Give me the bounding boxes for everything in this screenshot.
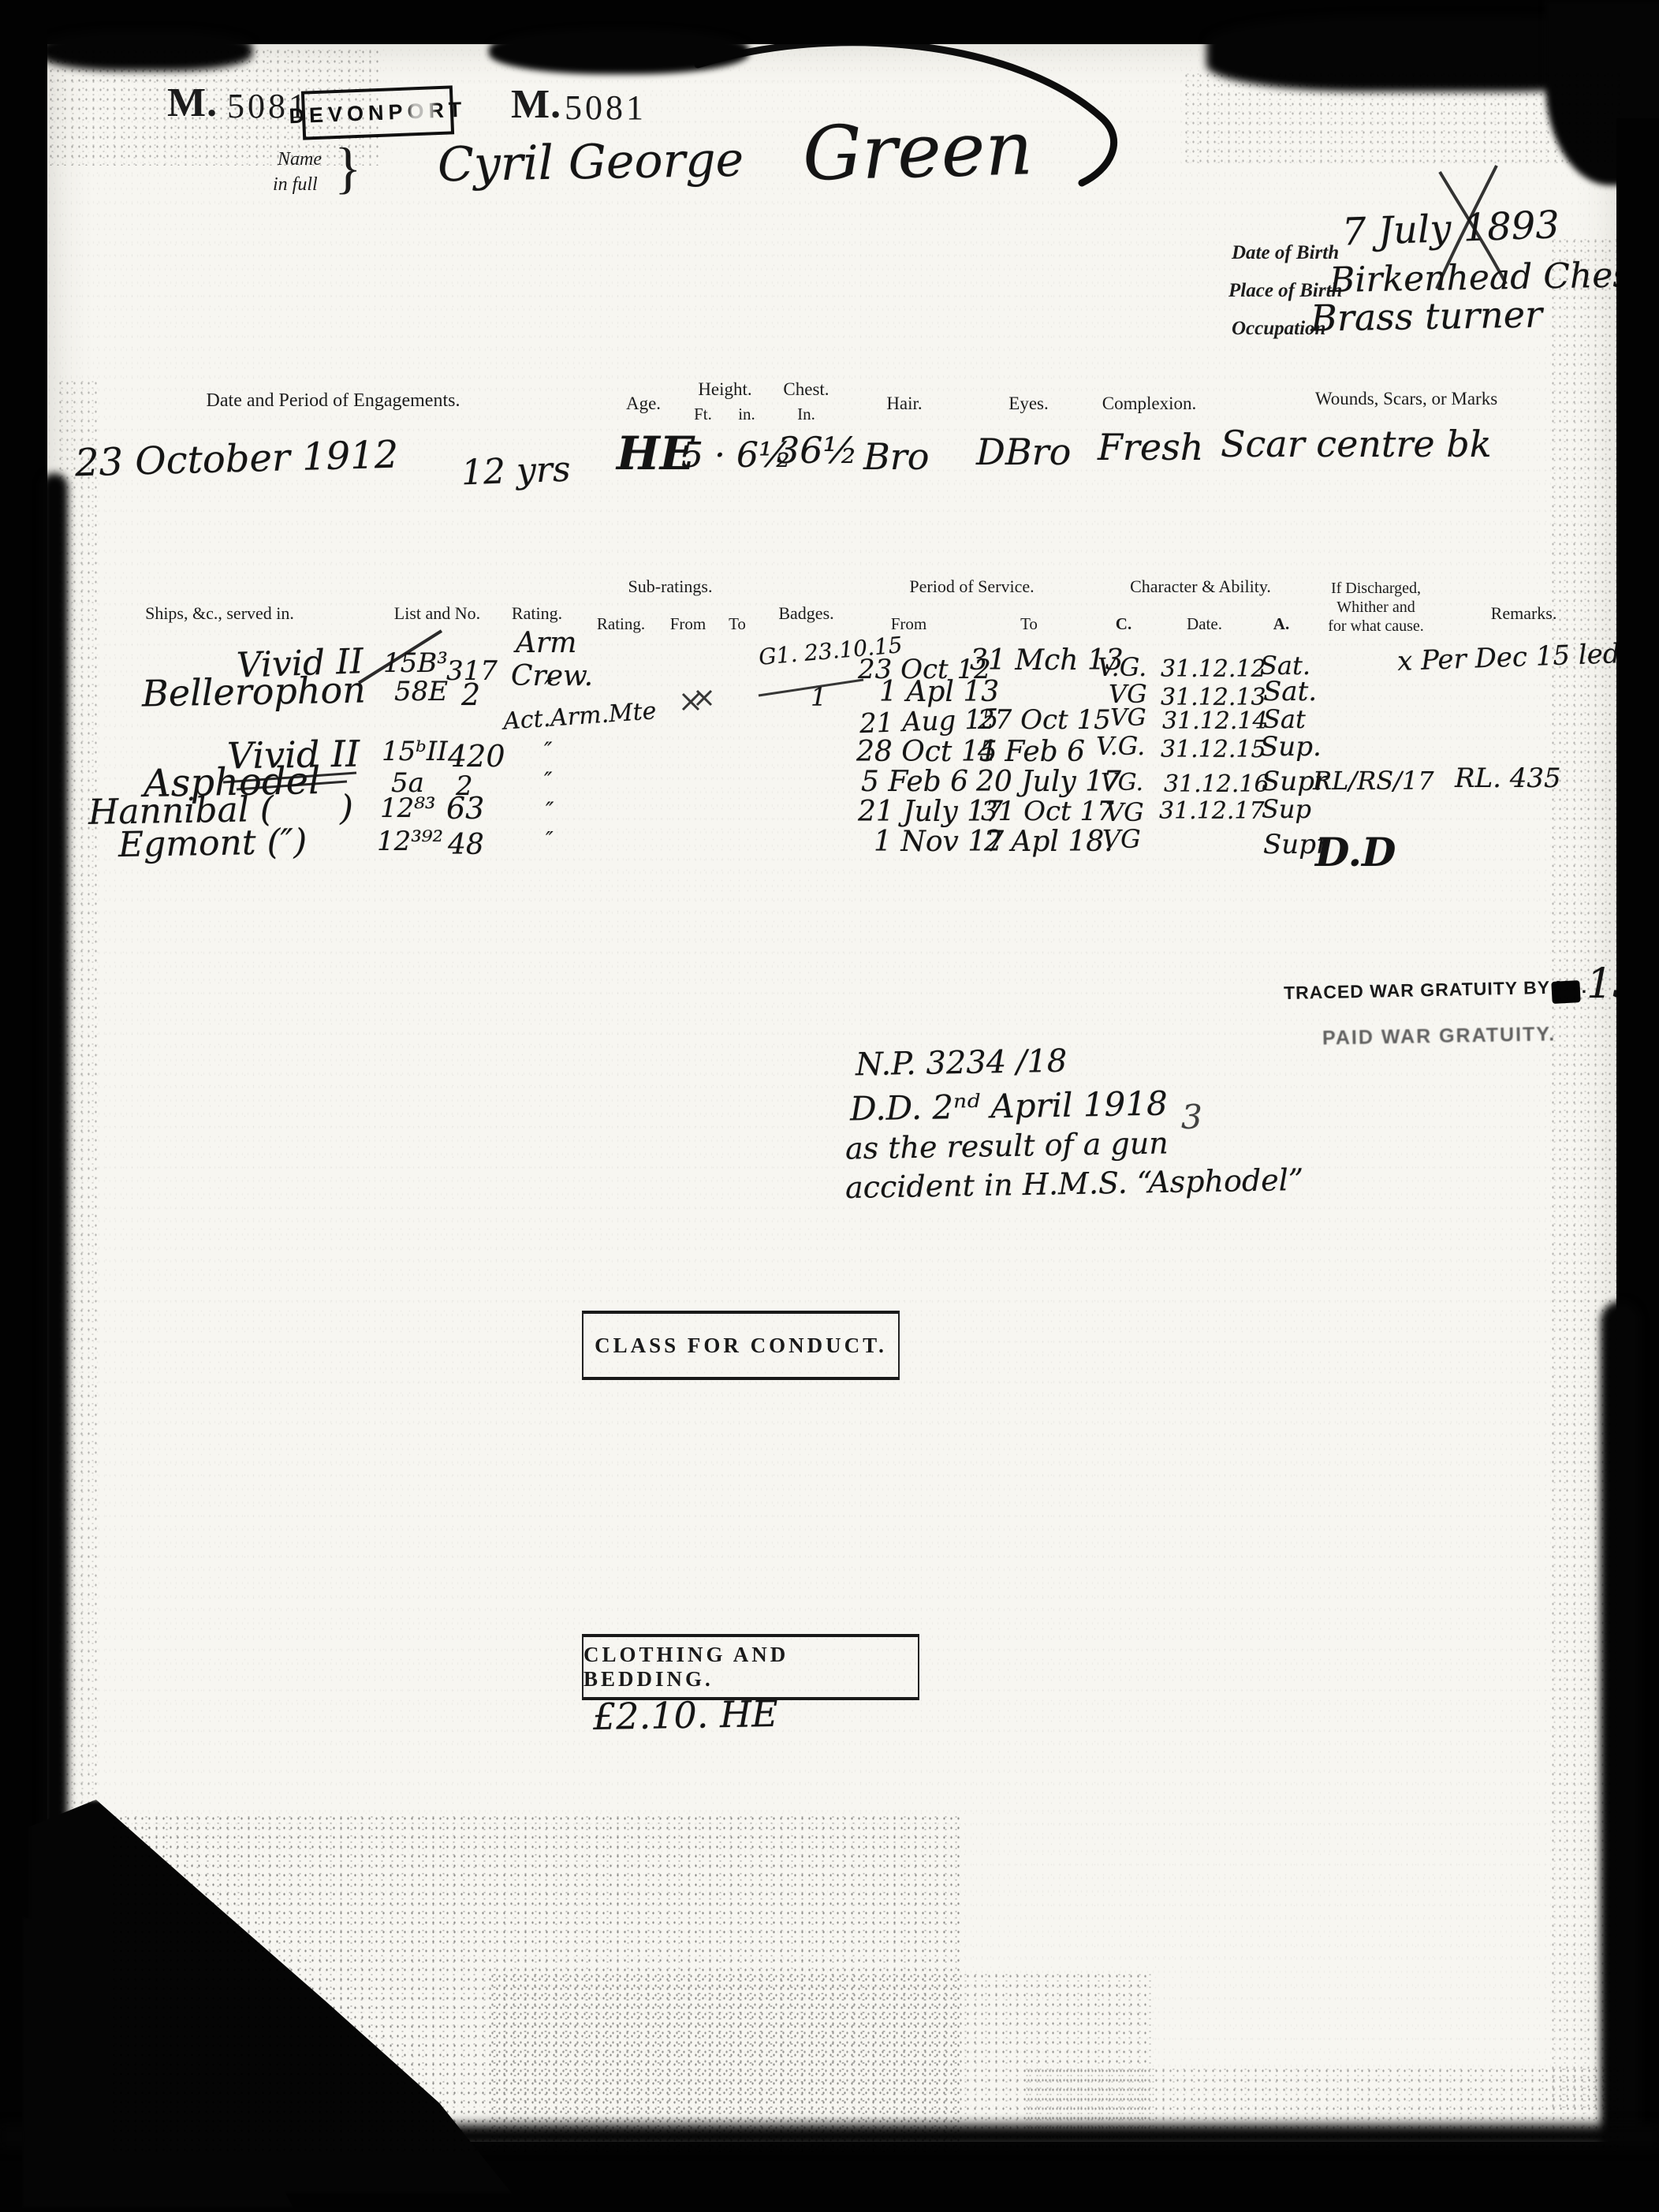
engagement-eyes: DBro xyxy=(976,434,1071,470)
row1-date: 31.12.12 xyxy=(1161,658,1266,681)
col-rating: Rating. xyxy=(494,604,580,622)
col-period-to: To xyxy=(966,615,1092,632)
row7-to: 2 Apl 18. xyxy=(984,828,1113,856)
row7-ship: Egmont (″) xyxy=(118,825,308,863)
row2-list: 58E xyxy=(394,678,448,705)
speckle-top-right xyxy=(1183,71,1624,166)
clothing-entry-value: £2.10. HE xyxy=(593,1695,778,1735)
col-ships: Ships, &c., served in. xyxy=(59,604,380,622)
dob-value: 7 July 1893 xyxy=(1341,206,1560,252)
scan-blob-top-mid xyxy=(489,28,749,74)
form-number-right: 5081 xyxy=(565,90,647,126)
note-cause-2: accident in H.M.S. “Asphodel” xyxy=(845,1165,1304,1203)
col-sub-from: From xyxy=(662,615,714,632)
note-np-number: N.P. 3234 /18 xyxy=(856,1046,1068,1081)
col-date: Date. xyxy=(1155,615,1254,632)
col-eyes: Eyes. xyxy=(967,394,1090,413)
col-chest-in: In. xyxy=(770,405,842,423)
row5-remarks: RL. 435 xyxy=(1455,765,1561,792)
name-last-value: Green xyxy=(802,112,1034,192)
row1-list: 15B³ xyxy=(383,650,448,677)
row2-from: 1 Apl 13 xyxy=(879,678,999,707)
name-first-value: Cyril George xyxy=(438,136,744,189)
col-wounds: Wounds, Scars, or Marks xyxy=(1208,390,1605,408)
row4-to: 4 Feb 6 xyxy=(978,738,1085,767)
col-age: Age. xyxy=(607,394,680,413)
col-list-no: List and No. xyxy=(380,604,494,622)
col-sub-rating: Rating. xyxy=(580,615,662,632)
row3-to: 27 Oct 15 xyxy=(978,707,1111,733)
row6-list: 12⁸³ xyxy=(380,795,436,822)
clothing-and-bedding-box: CLOTHING AND BEDDING. xyxy=(582,1634,919,1700)
col-complexion: Complexion. xyxy=(1090,394,1208,413)
row6-c: VG xyxy=(1105,800,1144,825)
engagement-period: 12 yrs xyxy=(460,453,571,491)
class-for-conduct-box: CLASS FOR CONDUCT. xyxy=(582,1311,900,1380)
col-discharged-2: Whither and xyxy=(1309,599,1443,616)
row6-rating-ditto: ″ xyxy=(546,800,554,822)
col-character-ability: Character & Ability. xyxy=(1092,577,1309,595)
row5-from: 5 Feb 6 xyxy=(861,768,968,796)
col-height-ft: Ft. xyxy=(681,405,725,423)
class-for-conduct-title: CLASS FOR CONDUCT. xyxy=(595,1334,887,1358)
row6-date: 31.12.17 xyxy=(1159,800,1265,823)
col-badges: Badges. xyxy=(761,604,852,622)
col-subratings: Sub-ratings. xyxy=(580,577,761,595)
row7-list: 12³⁹² xyxy=(377,828,443,855)
row2-no: 2 xyxy=(461,680,480,710)
row4-rating-ditto: ″ xyxy=(544,740,552,762)
col-discharged-1: If Discharged, xyxy=(1309,580,1443,597)
row7-rating-ditto: ″ xyxy=(546,830,554,850)
speckle-bottom-right xyxy=(1025,2066,1624,2153)
row4-c: V.G. xyxy=(1096,733,1145,759)
col-discharged-3: for what cause. xyxy=(1309,618,1443,635)
col-a: A. xyxy=(1254,615,1309,632)
engagement-complexion: Fresh xyxy=(1098,429,1203,465)
row1-c: V.G. xyxy=(1098,655,1146,680)
row2-rating-ditto: ″ xyxy=(544,678,553,702)
col-period-from: From xyxy=(852,615,966,632)
col-period-of-service: Period of Service. xyxy=(852,577,1092,595)
row5-to: 20 July 17 xyxy=(976,768,1121,796)
row2-ship: Bellerophon xyxy=(142,672,367,712)
row5-c: VG. xyxy=(1101,771,1143,795)
engagement-wounds: Scar centre bk xyxy=(1221,426,1492,462)
dob-label: Date of Birth xyxy=(1232,243,1339,263)
row4-a: Sup. xyxy=(1260,733,1322,760)
name-label-line2: in full xyxy=(273,175,318,195)
row5-date: 31.12.16 xyxy=(1164,773,1269,796)
row2-a: Sat. xyxy=(1263,678,1317,705)
engagement-height: 5 · 6½ xyxy=(681,438,792,473)
row7-discharged: D.D xyxy=(1315,833,1396,872)
engagement-chest: 36½ xyxy=(777,432,858,468)
form-letter-right: M. xyxy=(511,84,561,127)
row7-c: VG xyxy=(1102,826,1141,852)
col-date-period-engagements: Date and Period of Engagements. xyxy=(59,391,607,411)
occupation-value: Brass turner xyxy=(1310,296,1543,336)
col-c: C. xyxy=(1092,615,1155,632)
row4-from: 28 Oct 15 xyxy=(856,738,997,767)
row5-discharged: RL/RS/17 xyxy=(1313,768,1434,793)
row1-rating: Arm xyxy=(516,629,576,658)
speckle-right-edge xyxy=(1549,237,1616,2113)
row3-date: 31.12.14 xyxy=(1162,710,1268,733)
row2-c: VG xyxy=(1109,681,1147,707)
note-dd-date: D.D. 2ⁿᵈ April 1918 xyxy=(850,1087,1168,1125)
stray-mark: 3 xyxy=(1181,1101,1202,1134)
row1-a: Sat. xyxy=(1260,653,1310,678)
col-height-in: in. xyxy=(727,405,766,423)
speckle-left-edge xyxy=(57,379,100,2035)
col-sub-to: To xyxy=(714,615,761,632)
row2-date: 31.12.13 xyxy=(1161,686,1266,710)
row4-list: 15ᵇII xyxy=(382,738,448,765)
row6-no: 63 xyxy=(446,793,484,823)
row4-date: 31.12.15 xyxy=(1161,738,1266,762)
row3-c: VG xyxy=(1110,707,1146,730)
row5-rating-ditto: ″ xyxy=(544,770,552,792)
row3-a: Sat xyxy=(1263,707,1306,732)
engagement-hair: Bro xyxy=(863,438,930,475)
clothing-and-bedding-title: CLOTHING AND BEDDING. xyxy=(583,1643,918,1692)
row4-no: 420 xyxy=(448,741,505,771)
col-hair: Hair. xyxy=(842,394,967,413)
row6-a: Sup xyxy=(1262,796,1311,822)
note-cause-1: as the result of a gun xyxy=(845,1128,1169,1163)
paid-war-gratuity-stamp: PAID WAR GRATUITY. xyxy=(1322,1023,1556,1050)
row7-no: 48 xyxy=(448,831,484,860)
row6-to: 31 Oct 17 xyxy=(981,798,1114,825)
row2-badges: 1 xyxy=(811,684,826,710)
col-height: Height. xyxy=(680,380,770,399)
scanned-service-record: M. 5081 DEVONPORT M. 5081 Name in full }… xyxy=(0,0,1659,2212)
col-chest: Chest. xyxy=(770,380,842,399)
engagement-date: 23 October 1912 xyxy=(74,436,398,483)
speckle-top-left xyxy=(47,47,378,166)
stamp-worn-patch xyxy=(410,93,434,128)
